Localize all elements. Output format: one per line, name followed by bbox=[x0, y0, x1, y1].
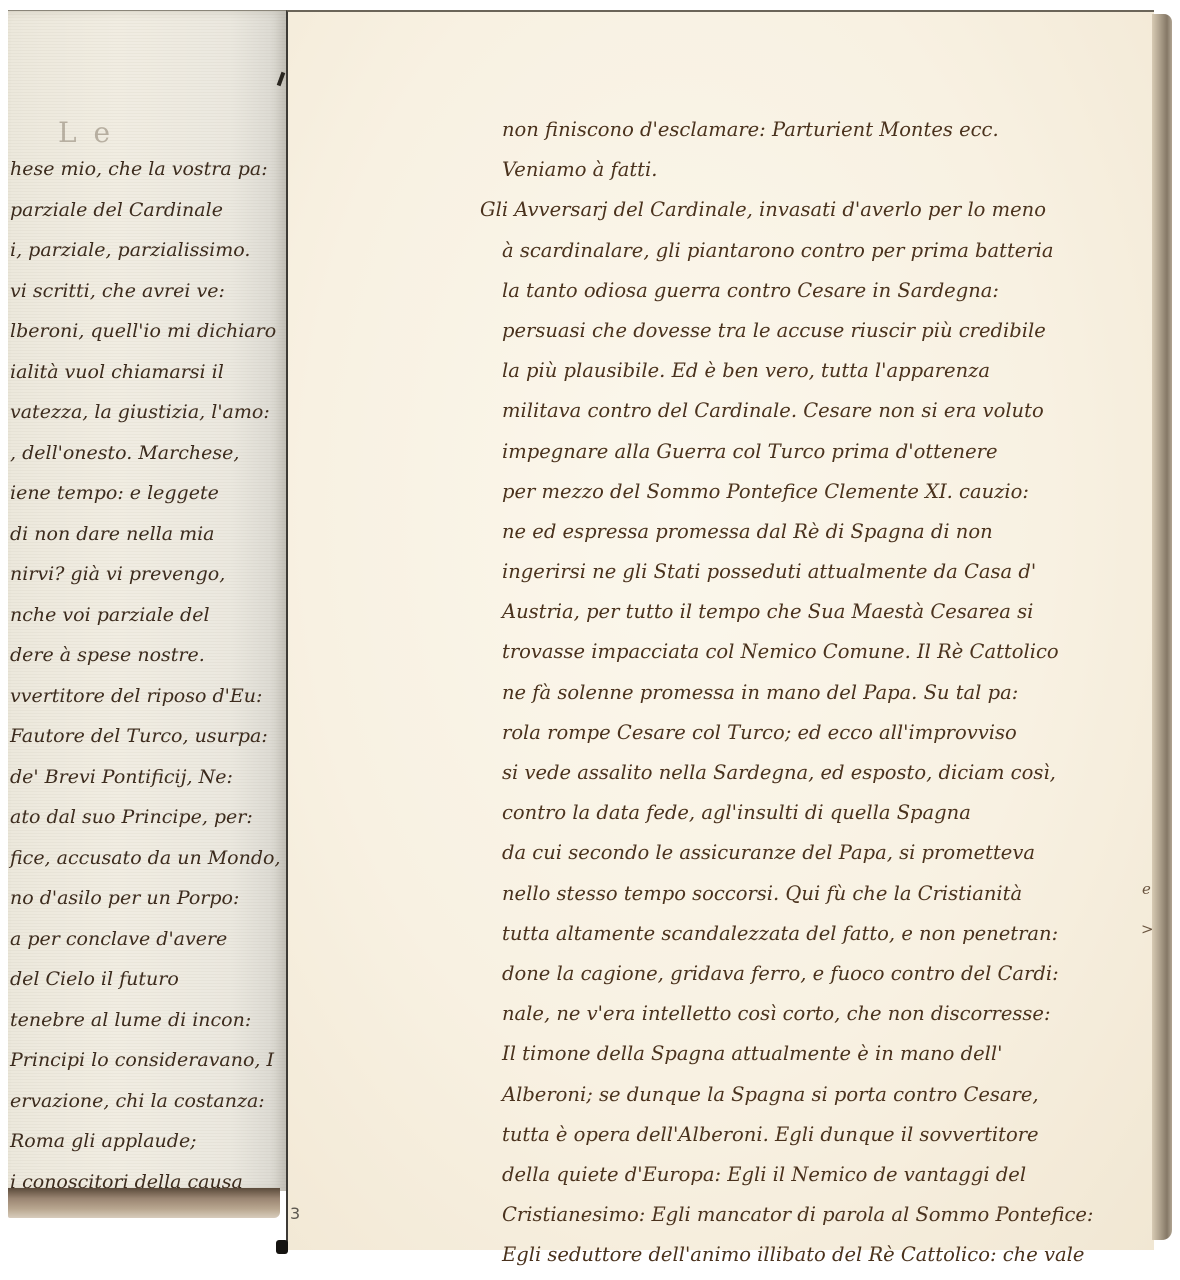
left-page-header-mark: L e bbox=[58, 116, 114, 149]
left-page-line: lberoni, quell'io mi dichiaro bbox=[8, 311, 286, 352]
left-page-line: di non dare nella mia bbox=[8, 514, 286, 555]
right-page-text: non finiscono d'esclamare: Parturient Mo… bbox=[502, 110, 1142, 1275]
right-page-line: militava contro del Cardinale. Cesare no… bbox=[502, 391, 1142, 431]
left-page-line: Roma gli applaude; bbox=[8, 1121, 286, 1162]
left-page-line: no d'asilo per un Porpo: bbox=[8, 878, 286, 919]
right-page-line: per mezzo del Sommo Pontefice Clemente X… bbox=[502, 472, 1142, 512]
left-page-line: ialità vuol chiamarsi il bbox=[8, 352, 286, 393]
left-page-line: tenebre al lume di incon: bbox=[8, 1000, 286, 1041]
left-page-line: hese mio, che la vostra pa: bbox=[8, 149, 286, 190]
right-page-line: Il timone della Spagna attualmente è in … bbox=[502, 1034, 1142, 1074]
right-page-line: nale, ne v'era intelletto così corto, ch… bbox=[502, 994, 1142, 1034]
left-page-line: vvertitore del riposo d'Eu: bbox=[8, 676, 286, 717]
left-page-line: del Cielo il futuro bbox=[8, 959, 286, 1000]
margin-mark-caret: > bbox=[1141, 920, 1154, 938]
left-page-line: vatezza, la giustizia, l'amo: bbox=[8, 392, 286, 433]
right-page-line: Alberoni; se dunque la Spagna si porta c… bbox=[502, 1075, 1142, 1115]
left-page-line: nirvi? già vi prevengo, bbox=[8, 554, 286, 595]
left-page-line: , dell'onesto. Marchese, bbox=[8, 433, 286, 474]
left-page-line: ervazione, chi la costanza: bbox=[8, 1081, 286, 1122]
left-page-line: i, parziale, parzialissimo. bbox=[8, 230, 286, 271]
binding-corner-mark bbox=[276, 1240, 288, 1254]
right-page-line: persuasi che dovesse tra le accuse riusc… bbox=[502, 311, 1142, 351]
margin-mark-e: e bbox=[1142, 880, 1151, 898]
left-page-text: hese mio, che la vostra pa:parziale del … bbox=[8, 149, 286, 1191]
right-page-line: tutta altamente scandalezzata del fatto,… bbox=[502, 914, 1142, 954]
left-page-line: de' Brevi Pontificij, Ne: bbox=[8, 757, 286, 798]
left-page-line: fice, accusato da un Mondo, bbox=[8, 838, 286, 879]
page-number: 3 bbox=[290, 1204, 300, 1223]
right-page-line: ingerirsi ne gli Stati posseduti attualm… bbox=[502, 552, 1142, 592]
left-page-bottom-edge bbox=[8, 1188, 280, 1218]
right-page-line: della quiete d'Europa: Egli il Nemico de… bbox=[502, 1155, 1142, 1195]
right-page-line: Cristianesimo: Egli mancator di parola a… bbox=[502, 1195, 1142, 1235]
right-page-fore-edge bbox=[1152, 14, 1172, 1240]
right-page-line: done la cagione, gridava ferro, e fuoco … bbox=[502, 954, 1142, 994]
right-page-line: si vede assalito nella Sardegna, ed espo… bbox=[502, 753, 1142, 793]
right-page-line: la tanto odiosa guerra contro Cesare in … bbox=[502, 271, 1142, 311]
right-page-line: impegnare alla Guerra col Turco prima d'… bbox=[502, 432, 1142, 472]
left-page-line: i conoscitori della causa bbox=[8, 1162, 286, 1192]
left-page-line: dere à spese nostre. bbox=[8, 635, 286, 676]
left-page-line: a per conclave d'avere bbox=[8, 919, 286, 960]
right-page-line: Gli Avversarj del Cardinale, invasati d'… bbox=[480, 190, 1142, 230]
right-page-line: la più plausibile. Ed è ben vero, tutta … bbox=[502, 351, 1142, 391]
left-page-line: Principi lo consideravano, I bbox=[8, 1040, 286, 1081]
right-page-line: nello stesso tempo soccorsi. Qui fù che … bbox=[502, 874, 1142, 914]
right-page-line: tutta è opera dell'Alberoni. Egli dunque… bbox=[502, 1115, 1142, 1155]
left-page-line: iene tempo: e leggete bbox=[8, 473, 286, 514]
right-page-line: à scardinalare, gli piantarono contro pe… bbox=[502, 231, 1142, 271]
left-page-line: parziale del Cardinale bbox=[8, 190, 286, 231]
left-page-line: ato dal suo Principe, per: bbox=[8, 797, 286, 838]
left-page-line: vi scritti, che avrei ve: bbox=[8, 271, 286, 312]
right-page-line: ne ed espressa promessa dal Rè di Spagna… bbox=[502, 512, 1142, 552]
right-page-line: contro la data fede, agl'insulti di quel… bbox=[502, 793, 1142, 833]
right-page-line: ne fà solenne promessa in mano del Papa.… bbox=[502, 673, 1142, 713]
right-page-line: Veniamo à fatti. bbox=[502, 150, 1142, 190]
left-page-line: Fautore del Turco, usurpa: bbox=[8, 716, 286, 757]
left-page-line: nche voi parziale del bbox=[8, 595, 286, 636]
right-page-line: Egli seduttore dell'animo illibato del R… bbox=[502, 1235, 1142, 1275]
right-page-line: non finiscono d'esclamare: Parturient Mo… bbox=[502, 110, 1142, 150]
right-page-line: Austria, per tutto il tempo che Sua Maes… bbox=[502, 592, 1142, 632]
right-page-line: da cui secondo le assicuranze del Papa, … bbox=[502, 833, 1142, 873]
left-page: L e hese mio, che la vostra pa:parziale … bbox=[8, 10, 286, 1191]
right-page-line: rola rompe Cesare col Turco; ed ecco all… bbox=[502, 713, 1142, 753]
right-page-line: trovasse impacciata col Nemico Comune. I… bbox=[502, 632, 1142, 672]
